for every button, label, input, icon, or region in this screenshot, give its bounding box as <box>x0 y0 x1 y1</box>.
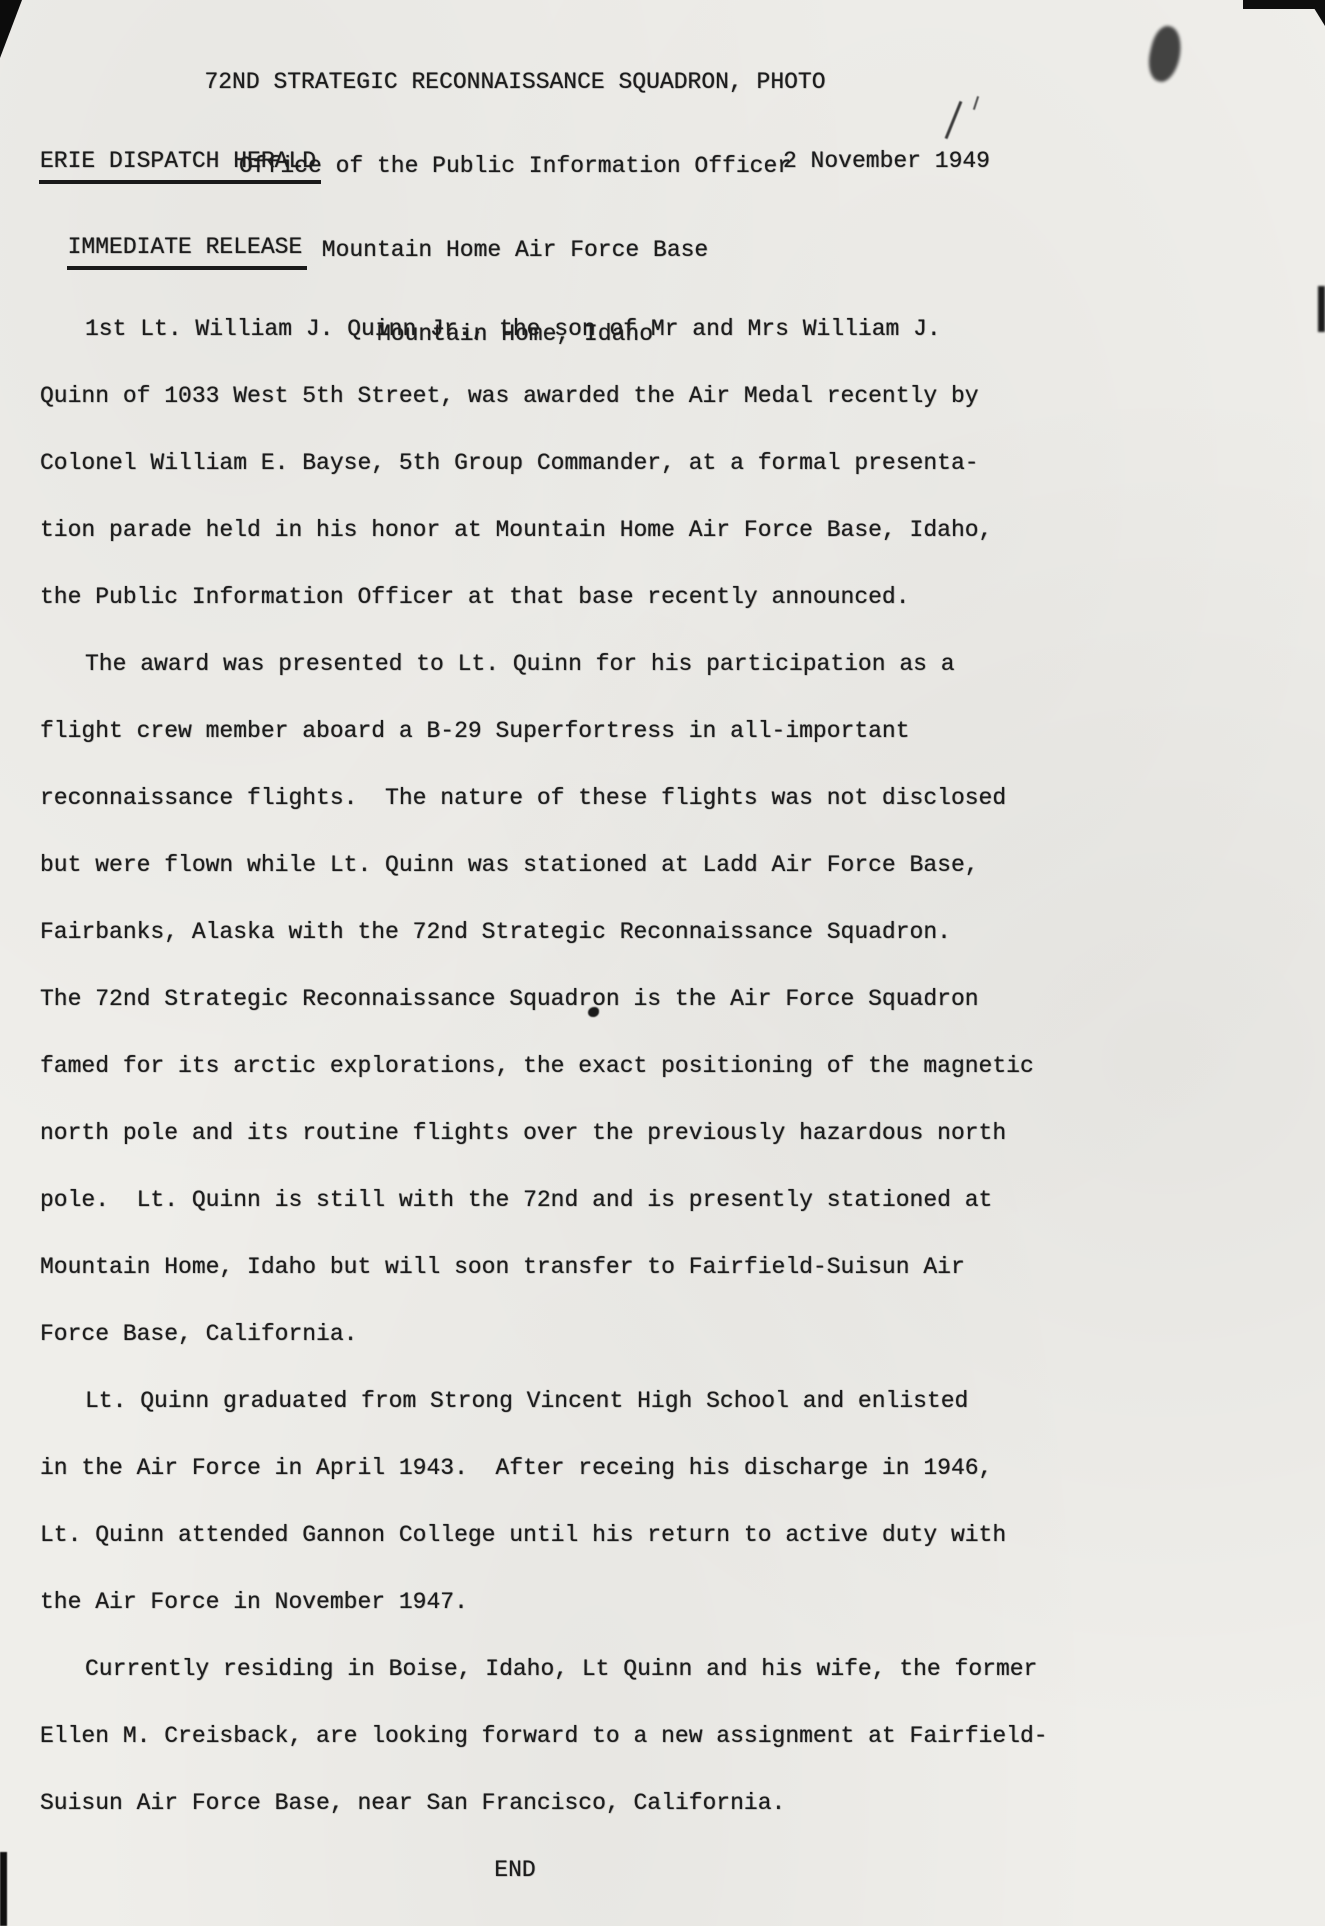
paragraph: Currently residing in Boise, Idaho, Lt Q… <box>40 1636 1050 1837</box>
release-notice-row: IMMEDIATE RELEASE <box>40 202 307 270</box>
body-line: Colonel William E. Bayse, 5th Group Comm… <box>40 430 1050 497</box>
body-line: flight crew member aboard a B-29 Superfo… <box>40 698 1050 765</box>
body-line: in the Air Force in April 1943. After re… <box>40 1435 1050 1502</box>
body-line: Fairbanks, Alaska with the 72nd Strategi… <box>40 899 1050 966</box>
paragraph: 1st Lt. William J. Quinn Jr., the son of… <box>40 296 1050 631</box>
press-release-body: 1st Lt. William J. Quinn Jr., the son of… <box>40 296 1050 1904</box>
letterhead-squadron-line: 72ND STRATEGIC RECONNAISSANCE SQUADRON, … <box>40 68 990 96</box>
scan-edge-shadow-bottom-left <box>0 1852 7 1926</box>
paragraph: The award was presented to Lt. Quinn for… <box>40 631 1050 1368</box>
body-line: 1st Lt. William J. Quinn Jr., the son of… <box>40 296 1050 363</box>
release-date: 2 November 1949 <box>783 146 990 176</box>
end-mark: END <box>40 1837 990 1904</box>
scan-edge-mark-right <box>1318 286 1325 332</box>
body-line: famed for its arctic explorations, the e… <box>40 1033 1050 1100</box>
body-line: Lt. Quinn attended Gannon College until … <box>40 1502 1050 1569</box>
body-line: The award was presented to Lt. Quinn for… <box>40 631 1050 698</box>
body-line: Force Base, California. <box>40 1301 1050 1368</box>
recipient-name: ERIE DISPATCH HERALD <box>39 146 321 184</box>
paragraph: Lt. Quinn graduated from Strong Vincent … <box>40 1368 1050 1636</box>
scan-corner-shadow-top-right <box>1309 0 1325 26</box>
body-line: reconnaissance flights. The nature of th… <box>40 765 1050 832</box>
body-line: pole. Lt. Quinn is still with the 72nd a… <box>40 1167 1050 1234</box>
body-line: Mountain Home, Idaho but will soon trans… <box>40 1234 1050 1301</box>
body-line: Quinn of 1033 West 5th Street, was award… <box>40 363 1050 430</box>
body-line: but were flown while Lt. Quinn was stati… <box>40 832 1050 899</box>
scan-corner-shadow-top-left <box>0 0 22 58</box>
body-line: the Public Information Officer at that b… <box>40 564 1050 631</box>
body-line: Ellen M. Creisback, are looking forward … <box>40 1703 1050 1770</box>
body-line: tion parade held in his honor at Mountai… <box>40 497 1050 564</box>
body-line: The 72nd Strategic Reconnaissance Squadr… <box>40 966 1050 1033</box>
body-line: the Air Force in November 1947. <box>40 1569 1050 1636</box>
scanned-press-release-page: { "document": { "letterhead": { "line1":… <box>0 0 1325 1926</box>
recipient-date-row: ERIE DISPATCH HERALD 2 November 1949 <box>40 146 990 184</box>
body-line: Suisun Air Force Base, near San Francisc… <box>40 1770 1050 1837</box>
release-notice: IMMEDIATE RELEASE <box>67 232 308 270</box>
body-line: Currently residing in Boise, Idaho, Lt Q… <box>40 1636 1050 1703</box>
ink-smudge <box>1144 23 1187 85</box>
body-line: Lt. Quinn graduated from Strong Vincent … <box>40 1368 1050 1435</box>
body-line: north pole and its routine flights over … <box>40 1100 1050 1167</box>
